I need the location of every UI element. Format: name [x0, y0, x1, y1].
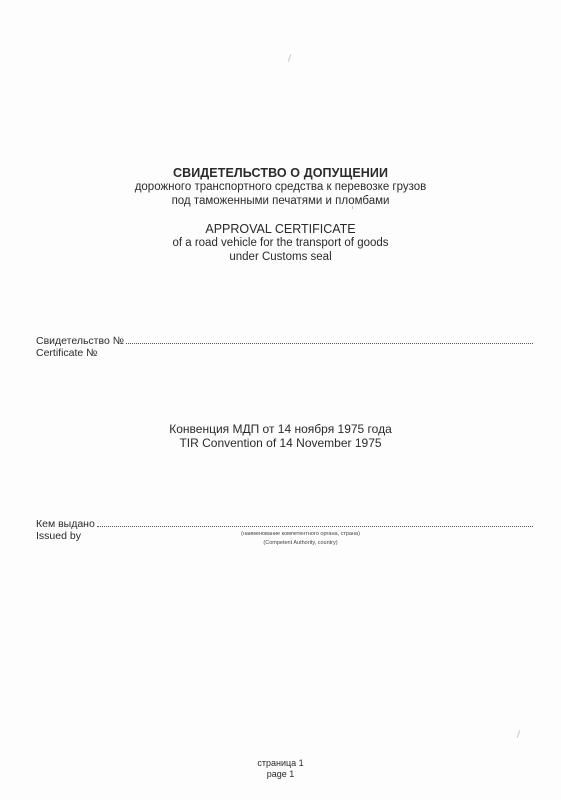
- certificate-heading: СВИДЕТЕЛЬСТВО О ДОПУЩЕНИИ дорожного тран…: [0, 166, 561, 264]
- page-number-en: page 1: [0, 769, 561, 780]
- subtitle-ru-line1: дорожного транспортного средства к перев…: [0, 180, 561, 194]
- subtitle-ru-line2: под таможенными печатями и пломбами: [0, 194, 561, 208]
- convention-en: TIR Convention of 14 November 1975: [0, 436, 561, 450]
- subtitle-en-line1: of a road vehicle for the transport of g…: [0, 236, 561, 250]
- convention-ru: Конвенция МДП от 14 ноября 1975 года: [0, 422, 561, 436]
- convention-block: Конвенция МДП от 14 ноября 1975 года TIR…: [0, 422, 561, 450]
- scan-speck: [288, 54, 292, 62]
- issued-by-input-line[interactable]: [97, 518, 533, 527]
- certificate-number-input-line[interactable]: [126, 335, 533, 344]
- issued-label-ru: Кем выдано: [36, 518, 95, 530]
- issued-hint-en: (Competent Authority, country): [0, 540, 561, 546]
- issued-hint-ru: (наименование компетентного органа, стра…: [0, 531, 561, 537]
- certificate-label-ru: Свидетельство №: [36, 335, 124, 347]
- issued-by-field: Кем выдано Issued by: [36, 518, 533, 542]
- page-number: страница 1 page 1: [0, 758, 561, 780]
- scan-speck: [517, 730, 521, 738]
- certificate-number-field: Свидетельство № Certificate №: [36, 335, 533, 359]
- page-number-ru: страница 1: [0, 758, 561, 769]
- title-ru: СВИДЕТЕЛЬСТВО О ДОПУЩЕНИИ: [0, 166, 561, 180]
- document-page: СВИДЕТЕЛЬСТВО О ДОПУЩЕНИИ дорожного тран…: [0, 0, 561, 800]
- certificate-label-en: Certificate №: [36, 347, 533, 359]
- title-en: APPROVAL CERTIFICATE: [0, 222, 561, 236]
- subtitle-en-line2: under Customs seal: [0, 250, 561, 264]
